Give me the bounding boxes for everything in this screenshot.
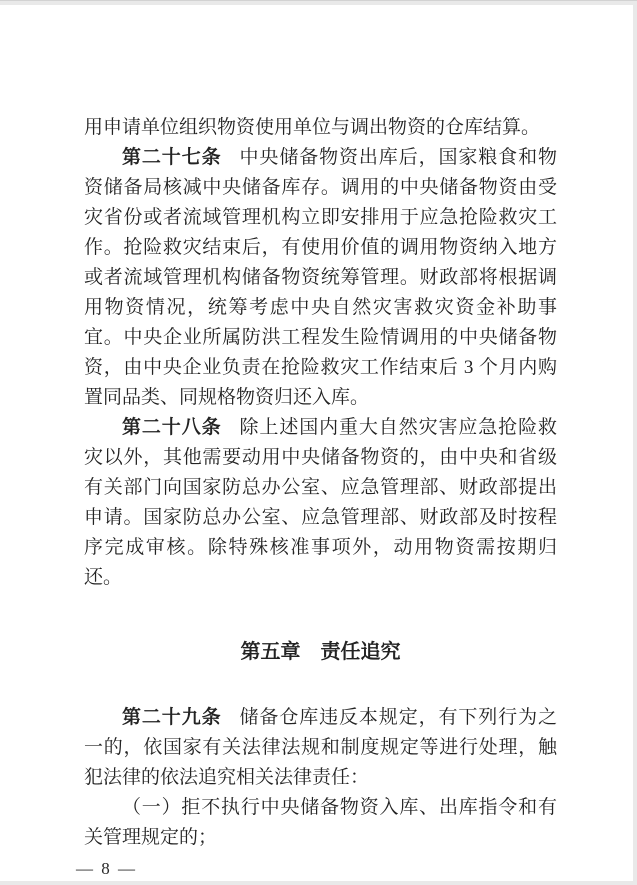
paragraph-article-29: 第二十九条储备仓库违反本规定，有下列行为之一的，依国家有关法律法规和制度规定等进…: [84, 703, 557, 793]
paragraph-item-1: （一）拒不执行中央储备物资入库、出库指令和有关管理规定的；: [84, 793, 557, 853]
paragraph-article-27: 第二十七条中央储备物资出库后，国家粮食和物资储备局核减中央储备库存。调用的中央储…: [84, 143, 557, 413]
viewer-backdrop: 用申请单位组织物资使用单位与调出物资的仓库结算。 第二十七条中央储备物资出库后，…: [0, 0, 637, 885]
paragraph-article-28: 第二十八条除上述国内重大自然灾害应急抢险救灾以外，其他需要动用中央储备物资的，由…: [84, 413, 557, 593]
article-27-text: 中央储备物资出库后，国家粮食和物资储备局核减中央储备库存。调用的中央储备物资由受…: [84, 147, 557, 408]
page-number: — 8 —: [76, 855, 557, 883]
article-28-number: 第二十八条: [122, 417, 221, 438]
text-column: 用申请单位组织物资使用单位与调出物资的仓库结算。 第二十七条中央储备物资出库后，…: [0, 5, 633, 883]
article-28-text: 除上述国内重大自然灾害应急抢险救灾以外，其他需要动用中央储备物资的，由中央和省级…: [84, 417, 557, 588]
chapter-heading: 第五章 责任追究: [84, 637, 557, 667]
paragraph-continuation: 用申请单位组织物资使用单位与调出物资的仓库结算。: [84, 113, 557, 143]
article-27-number: 第二十七条: [122, 147, 221, 168]
article-29-number: 第二十九条: [122, 707, 221, 728]
document-page: 用申请单位组织物资使用单位与调出物资的仓库结算。 第二十七条中央储备物资出库后，…: [0, 5, 633, 881]
